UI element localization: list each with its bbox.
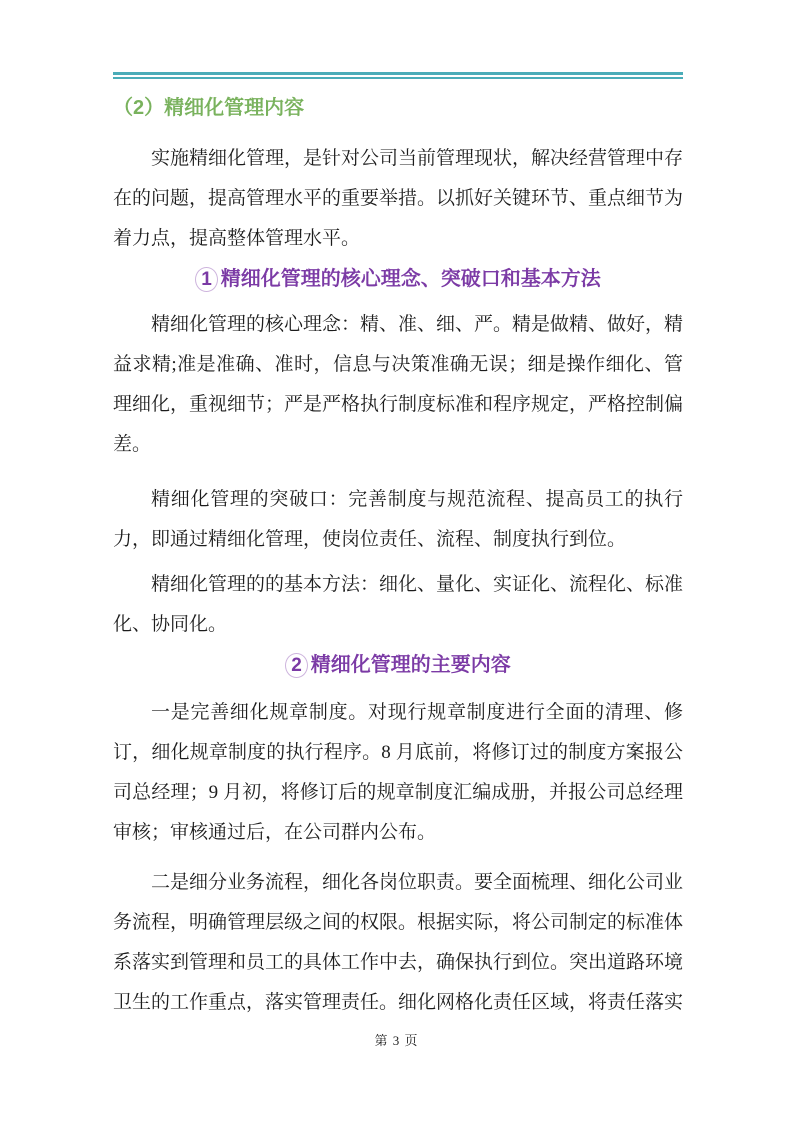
paragraph-item-one: 一是完善细化规章制度。对现行规章制度进行全面的清理、修订，细化规章制度的执行程序… [113, 693, 683, 853]
document-content: （2）精细化管理内容 实施精细化管理，是针对公司当前管理现状，解决经营管理中存在… [113, 72, 683, 1023]
paragraph-basic-methods: 精细化管理的的基本方法：细化、量化、实证化、流程化、标准化、协同化。 [113, 565, 683, 645]
divider-thin-line [113, 77, 683, 79]
subheading-1-text: 精细化管理的核心理念、突破口和基本方法 [221, 268, 601, 290]
subheading-2: 2精细化管理的主要内容 [113, 645, 683, 685]
subheading-2-number: 2 [285, 653, 308, 678]
divider-thick-line [113, 72, 683, 75]
section-heading: （2）精细化管理内容 [113, 95, 683, 121]
top-divider-rule [113, 72, 683, 79]
paragraph-item-two: 二是细分业务流程，细化各岗位职责。要全面梳理、细化公司业务流程，明确管理层级之间… [113, 863, 683, 1023]
document-page: （2）精细化管理内容 实施精细化管理，是针对公司当前管理现状，解决经营管理中存在… [0, 0, 793, 1122]
subheading-1: 1精细化管理的核心理念、突破口和基本方法 [113, 259, 683, 299]
page-number: 第 3 页 [0, 1030, 793, 1049]
paragraph-intro: 实施精细化管理，是针对公司当前管理现状，解决经营管理中存在的问题，提高管理水平的… [113, 139, 683, 259]
subheading-1-number: 1 [195, 267, 218, 292]
paragraph-core-concepts: 精细化管理的核心理念：精、准、细、严。精是做精、做好，精益求精;准是准确、准时，… [113, 305, 683, 465]
paragraph-breakthrough: 精细化管理的突破口：完善制度与规范流程、提高员工的执行力，即通过精细化管理，使岗… [113, 480, 683, 560]
subheading-2-text: 精细化管理的主要内容 [311, 654, 511, 676]
